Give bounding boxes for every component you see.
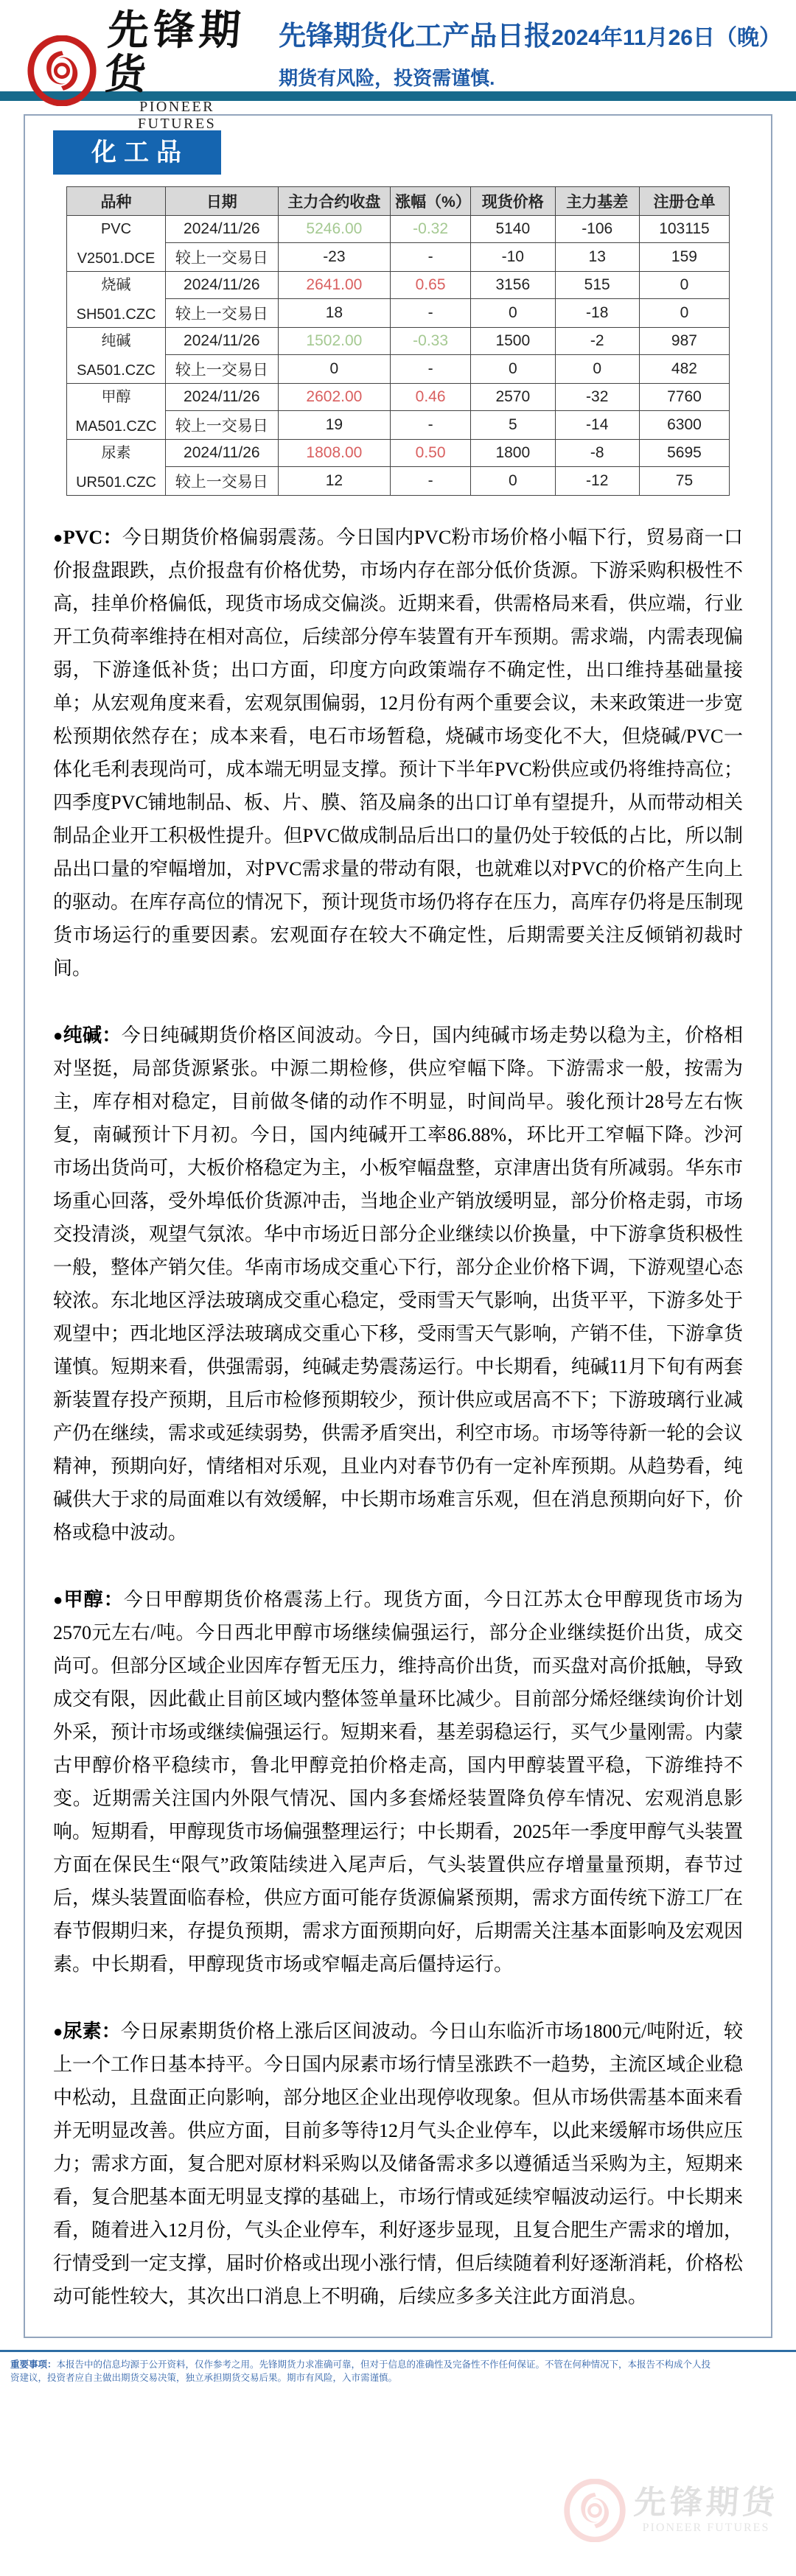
change-label-cell: 较上一交易日 (166, 299, 279, 328)
col-header-spot: 现货价格 (471, 187, 555, 216)
basis-cell: -8 (555, 440, 639, 467)
warrants-cell: 987 (639, 328, 729, 355)
watermark-brand-en: PIONEER FUTURES (634, 2521, 778, 2535)
col-header-basis: 主力基差 (555, 187, 639, 216)
close-cell: 2641.00 (278, 272, 391, 299)
change-label-cell: 较上一交易日 (166, 467, 279, 496)
variety-code: V2501.DCE (71, 249, 161, 268)
paragraph-text: 今日期货价格偏弱震荡。今日国内PVC粉市场价格小幅下行，贸易商一口价报盘跟跌，点… (53, 527, 743, 979)
warrants-cell: 7760 (639, 384, 729, 411)
variety-cell: 纯碱 SA501.CZC (67, 328, 166, 384)
spot-cell: 1500 (471, 328, 555, 355)
col-header-variety: 品种 (67, 187, 166, 216)
bullet-icon: ● (53, 1026, 63, 1045)
warrants-cell: 103115 (639, 216, 729, 243)
basis-cell: -2 (555, 328, 639, 355)
bullet-icon: ● (53, 1590, 63, 1609)
basis-cell: 515 (555, 272, 639, 299)
variety-name: 尿素 (71, 443, 161, 463)
variety-name: 甲醇 (71, 387, 161, 407)
table-row-change: 较上一交易日 19 - 5 -14 6300 (67, 411, 730, 440)
paragraph-text: 今日纯碱期货价格区间波动。今日，国内纯碱市场走势以稳为主，价格相对坚挺，局部货源… (53, 1025, 743, 1543)
change-pct-cell: - (391, 243, 471, 272)
change-warrants-cell: 0 (639, 299, 729, 328)
analysis-paragraph-methanol: ●甲醇：今日甲醇期货价格震荡上行。现货方面，今日江苏太仓甲醇现货市场为2570元… (53, 1583, 743, 1981)
variety-cell: 烧碱 SH501.CZC (67, 272, 166, 328)
change-spot-cell: 0 (471, 355, 555, 384)
bottom-margin (0, 2384, 796, 2407)
change-basis-cell: -14 (555, 411, 639, 440)
variety-name: 烧碱 (71, 276, 161, 295)
close-cell: 5246.00 (278, 216, 391, 243)
change-spot-cell: 0 (471, 467, 555, 496)
disclaimer: 重要事项：本报告中的信息均源于公开资料，仅作参考之用。先锋期货力求准确可靠，但对… (0, 2352, 737, 2384)
logo-wordmark: 先锋期货 PIONEER FUTURES (106, 9, 248, 133)
paragraph-text: 今日甲醇期货价格震荡上行。现货方面，今日江苏太仓甲醇现货市场为2570元左右/吨… (53, 1589, 743, 1975)
basis-cell: -106 (555, 216, 639, 243)
report-header: 先锋期货 PIONEER FUTURES 先锋期货化工产品日报2024年11月2… (0, 0, 796, 91)
pct-cell: 0.46 (391, 384, 471, 411)
analysis-paragraph-pvc: ●PVC：今日期货价格偏弱震荡。今日国内PVC粉市场价格小幅下行，贸易商一口价报… (53, 521, 743, 985)
report-title: 先锋期货化工产品日报2024年11月26日（晚） (279, 19, 781, 59)
date-cell: 2024/11/26 (166, 216, 279, 243)
close-cell: 1502.00 (278, 328, 391, 355)
warrants-cell: 0 (639, 272, 729, 299)
change-close-cell: 19 (278, 411, 391, 440)
table-row: 纯碱 SA501.CZC 2024/11/26 1502.00 -0.33 15… (67, 328, 730, 355)
disclaimer-text: 本报告中的信息均源于公开资料，仅作参考之用。先锋期货力求准确可靠，但对于信息的准… (10, 2359, 711, 2383)
table-row-change: 较上一交易日 18 - 0 -18 0 (67, 299, 730, 328)
change-spot-cell: -10 (471, 243, 555, 272)
pct-cell: -0.32 (391, 216, 471, 243)
change-basis-cell: 0 (555, 355, 639, 384)
pct-cell: 0.65 (391, 272, 471, 299)
quotes-table: 品种 日期 主力合约收盘 涨幅（%） 现货价格 主力基差 注册仓单 PVC V2… (66, 186, 730, 496)
pioneer-futures-emblem-watermark-icon (563, 2479, 626, 2542)
table-row-change: 较上一交易日 12 - 0 -12 75 (67, 467, 730, 496)
change-pct-cell: - (391, 355, 471, 384)
date-cell: 2024/11/26 (166, 328, 279, 355)
variety-cell: 尿素 UR501.CZC (67, 440, 166, 496)
table-header-row: 品种 日期 主力合约收盘 涨幅（%） 现货价格 主力基差 注册仓单 (67, 187, 730, 216)
section-badge-chemicals: 化工品 (53, 130, 221, 175)
change-pct-cell: - (391, 467, 471, 496)
paragraph-title: PVC： (63, 527, 122, 548)
table-row-change: 较上一交易日 -23 - -10 13 159 (67, 243, 730, 272)
date-cell: 2024/11/26 (166, 272, 279, 299)
col-header-warrants: 注册仓单 (639, 187, 729, 216)
variety-name: PVC (71, 220, 161, 239)
col-header-close: 主力合约收盘 (278, 187, 391, 216)
report-page: { "colors": { "logo_red": "#c5201e", "ti… (0, 0, 796, 2576)
table-row: 烧碱 SH501.CZC 2024/11/26 2641.00 0.65 315… (67, 272, 730, 299)
spot-cell: 1800 (471, 440, 555, 467)
variety-code: MA501.CZC (71, 417, 161, 436)
company-logo: 先锋期货 PIONEER FUTURES (27, 9, 248, 133)
date-cell: 2024/11/26 (166, 384, 279, 411)
paragraph-title: 纯碱： (63, 1025, 122, 1046)
variety-code: SA501.CZC (71, 361, 161, 380)
risk-warning: 期货有风险，投资需谨慎. (279, 63, 781, 91)
close-cell: 1808.00 (278, 440, 391, 467)
watermark-logo: 先锋期货 PIONEER FUTURES (563, 2479, 778, 2542)
paragraph-title: 甲醇： (63, 1589, 123, 1610)
watermark-wordmark: 先锋期货 PIONEER FUTURES (634, 2486, 778, 2535)
change-close-cell: 0 (278, 355, 391, 384)
table-row: 甲醇 MA501.CZC 2024/11/26 2602.00 0.46 257… (67, 384, 730, 411)
change-label-cell: 较上一交易日 (166, 355, 279, 384)
pct-cell: -0.33 (391, 328, 471, 355)
paragraph-title: 尿素： (63, 2021, 120, 2042)
change-pct-cell: - (391, 411, 471, 440)
spot-cell: 5140 (471, 216, 555, 243)
col-header-pct: 涨幅（%） (391, 187, 471, 216)
col-header-date: 日期 (166, 187, 279, 216)
pioneer-futures-emblem-icon (27, 35, 97, 106)
spot-cell: 3156 (471, 272, 555, 299)
change-basis-cell: -18 (555, 299, 639, 328)
change-close-cell: -23 (278, 243, 391, 272)
change-warrants-cell: 482 (639, 355, 729, 384)
analysis-paragraph-soda-ash: ●纯碱：今日纯碱期货价格区间波动。今日，国内纯碱市场走势以稳为主，价格相对坚挺，… (53, 1019, 743, 1549)
change-warrants-cell: 75 (639, 467, 729, 496)
change-basis-cell: -12 (555, 467, 639, 496)
analysis-section: ●PVC：今日期货价格偏弱震荡。今日国内PVC粉市场价格小幅下行，贸易商一口价报… (53, 521, 743, 2313)
change-warrants-cell: 6300 (639, 411, 729, 440)
pct-cell: 0.50 (391, 440, 471, 467)
date-cell: 2024/11/26 (166, 440, 279, 467)
table-row-change: 较上一交易日 0 - 0 0 482 (67, 355, 730, 384)
report-title-date: 2024年11月26日（晚） (551, 26, 781, 50)
spot-cell: 2570 (471, 384, 555, 411)
variety-cell: 甲醇 MA501.CZC (67, 384, 166, 440)
warrants-cell: 5695 (639, 440, 729, 467)
bullet-icon: ● (53, 2022, 63, 2040)
report-title-block: 先锋期货化工产品日报2024年11月26日（晚） 期货有风险，投资需谨慎. (279, 9, 781, 91)
variety-name: 纯碱 (71, 331, 161, 351)
content-box: 化工品 品种 日期 主力合约收盘 涨幅（%） 现货价格 主力基差 注册仓单 PV… (24, 114, 772, 2338)
change-spot-cell: 0 (471, 299, 555, 328)
report-title-text: 先锋期货化工产品日报 (279, 21, 551, 51)
watermark-brand-cn: 先锋期货 (632, 2486, 779, 2520)
bullet-icon: ● (53, 528, 63, 547)
change-spot-cell: 5 (471, 411, 555, 440)
change-label-cell: 较上一交易日 (166, 411, 279, 440)
change-label-cell: 较上一交易日 (166, 243, 279, 272)
table-row: 尿素 UR501.CZC 2024/11/26 1808.00 0.50 180… (67, 440, 730, 467)
analysis-paragraph-urea: ●尿素：今日尿素期货价格上涨后区间波动。今日山东临沂市场1800元/吨附近，较上… (53, 2015, 743, 2313)
variety-code: UR501.CZC (71, 473, 161, 492)
paragraph-text: 今日尿素期货价格上涨后区间波动。今日山东临沂市场1800元/吨附近，较上一个工作… (53, 2021, 743, 2307)
close-cell: 2602.00 (278, 384, 391, 411)
variety-code: SH501.CZC (71, 305, 161, 324)
change-basis-cell: 13 (555, 243, 639, 272)
table-row: PVC V2501.DCE 2024/11/26 5246.00 -0.32 5… (67, 216, 730, 243)
change-close-cell: 18 (278, 299, 391, 328)
change-close-cell: 12 (278, 467, 391, 496)
brand-name-cn: 先锋期货 (103, 9, 251, 97)
disclaimer-label: 重要事项： (10, 2359, 57, 2370)
brand-name-en: PIONEER FUTURES (106, 99, 248, 133)
variety-cell: PVC V2501.DCE (67, 216, 166, 272)
report-footer: 重要事项：本报告中的信息均源于公开资料，仅作参考之用。先锋期货力求准确可靠，但对… (0, 2350, 796, 2384)
change-warrants-cell: 159 (639, 243, 729, 272)
basis-cell: -32 (555, 384, 639, 411)
change-pct-cell: - (391, 299, 471, 328)
